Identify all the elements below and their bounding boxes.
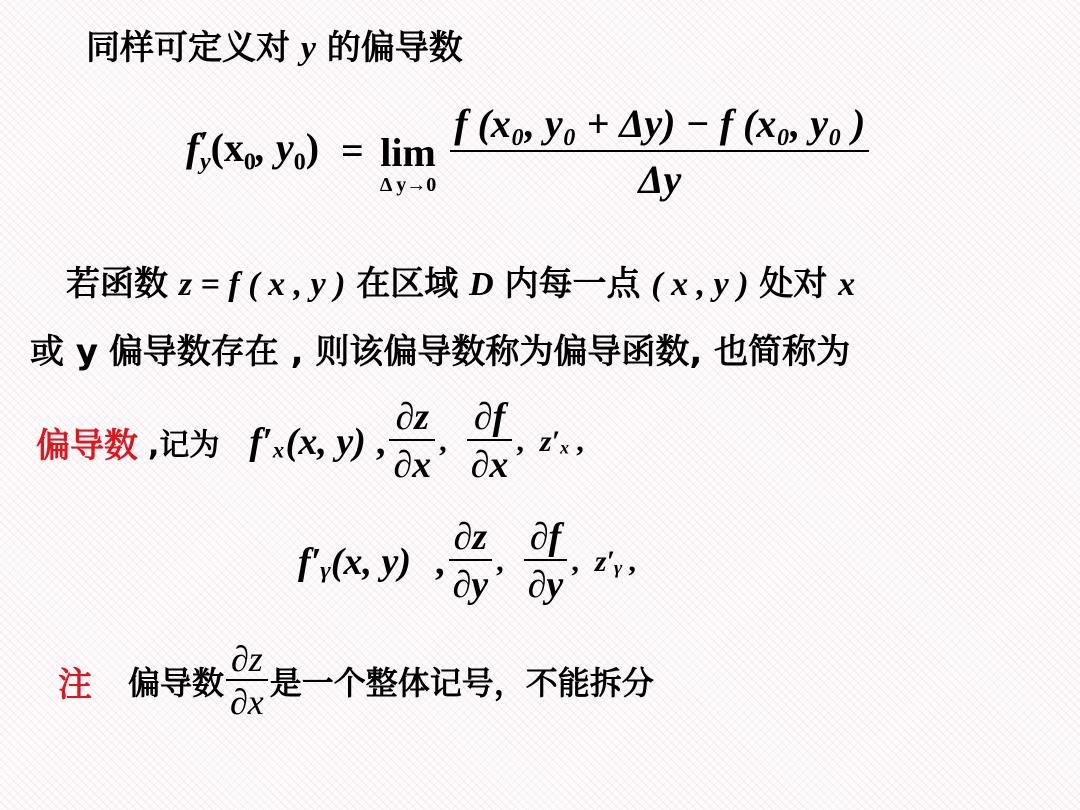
math-domain-d: D (469, 266, 494, 303)
heading-text-before: 同样可定义对 (86, 28, 290, 68)
text-segment: 偏导数存在 , 则该偏导数称为偏导函数, 也简称为 (109, 332, 850, 372)
comma: , (571, 545, 579, 579)
dz-dy-fraction: ∂z ∂y (449, 515, 493, 609)
comma: , (376, 420, 386, 464)
lim-label: lim (380, 133, 436, 173)
df-dx-fraction: ∂f ∂x (467, 395, 513, 489)
equals-sign: = (341, 127, 364, 174)
note-row: 注 偏导数 ∂z ∂x 是一个整体记号，不能拆分 (58, 636, 654, 726)
comma: , (435, 540, 445, 584)
zx-prime-notation: z′ₓ (540, 425, 570, 459)
comma: , (439, 425, 447, 459)
notation-y-row: f′ᵧ(x, y) , ∂z ∂y , ∂f ∂y , z′ᵧ , (298, 512, 636, 612)
numerator: f (x₀, y₀ + Δy) − f (x₀, y₀ ) (450, 98, 869, 150)
heading-var: y (301, 30, 316, 67)
math-function-z: z = f ( x , y ) (179, 266, 346, 303)
paragraph-line-2: 或 y 偏导数存在 , 则该偏导数称为偏导函数, 也简称为 (30, 328, 850, 376)
note-text-before: 偏导数 (128, 658, 224, 704)
definition-formula: f′y(x0, y0) = lim Δ y→0 f (x₀, y₀ + Δy) … (186, 100, 869, 210)
note-label: 注 (58, 657, 92, 706)
fy-prime-notation: f′ᵧ(x, y) (298, 540, 411, 584)
math-var-x: x (838, 266, 855, 303)
comma: , (576, 425, 584, 459)
text-segment: 若函数 (66, 264, 168, 304)
fx-prime-notation: f′ₓ(x, y) (249, 420, 365, 464)
text-segment: 处对 (759, 264, 827, 304)
denominator: Δy (634, 152, 685, 208)
text-segment: 或 y (30, 332, 98, 372)
paragraph-line-1: 若函数 z = f ( x , y ) 在区域 D 内每一点 ( x , y )… (66, 260, 855, 309)
lhs-partial-y: f′y(x0, y0) (186, 124, 319, 176)
math-point-xy: ( x , y ) (651, 266, 748, 303)
note-dz-dx-fraction: ∂z ∂x (226, 639, 268, 723)
heading-text-after: 的偏导数 (327, 28, 463, 68)
slide-heading: 同样可定义对 y 的偏导数 (86, 24, 463, 73)
limit-operator: lim Δ y→0 (380, 133, 436, 197)
difference-quotient: f (x₀, y₀ + Δy) − f (x₀, y₀ ) Δy (450, 98, 869, 208)
notation-label: ,记为 (148, 420, 219, 464)
notation-x-row: 偏导数 ,记为 f′ₓ(x, y) , ∂z ∂x , ∂f ∂x , z′ₓ … (36, 392, 584, 492)
zy-prime-notation: z′ᵧ (595, 545, 623, 579)
text-segment: 在区域 (356, 264, 458, 304)
note-text-after: 是一个整体记号，不能拆分 (270, 658, 654, 704)
lim-condition: Δ y→0 (380, 173, 436, 197)
comma: , (628, 545, 636, 579)
df-dy-fraction: ∂f ∂y (524, 515, 568, 609)
comma: , (516, 425, 524, 459)
term-partial-derivative: 偏导数 (36, 418, 138, 467)
text-segment: 内每一点 (504, 264, 640, 304)
dz-dx-fraction: ∂z ∂x (389, 395, 435, 489)
comma: , (496, 545, 504, 579)
